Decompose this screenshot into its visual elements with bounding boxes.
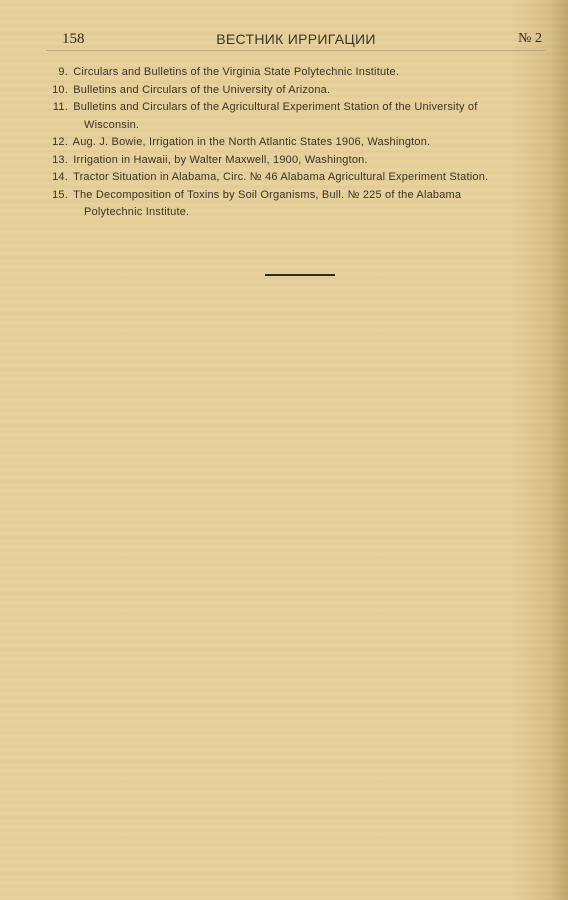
reference-item: 14. Tractor Situation in Alabama, Circ. … [46, 169, 548, 187]
reference-number: 11. [46, 99, 68, 117]
reference-number: 15. [46, 187, 68, 205]
journal-title: ВЕСТНИК ИРРИГАЦИИ [46, 31, 546, 47]
reference-item: 10. Bulletins and Circulars of the Unive… [46, 82, 548, 100]
reference-item: 11. Bulletins and Circulars of the Agric… [46, 99, 548, 134]
reference-item: 9. Circulars and Bulletins of the Virgin… [46, 64, 548, 82]
issue-number: № 2 [518, 31, 542, 47]
reference-item: 15. The Decomposition of Toxins by Soil … [46, 187, 548, 222]
reference-text: The Decomposition of Toxins by Soil Orga… [73, 189, 461, 201]
reference-text: Irrigation in Hawaii, by Walter Maxwell,… [73, 154, 367, 166]
reference-text: Circulars and Bulletins of the Virginia … [73, 66, 399, 78]
reference-text: Bulletins and Circulars of the Agricultu… [73, 101, 477, 113]
reference-text: Bulletins and Circulars of the Universit… [73, 84, 330, 96]
reference-text: Tractor Situation in Alabama, Circ. № 46… [73, 171, 488, 183]
reference-continuation: Polytechnic Institute. [46, 204, 548, 222]
reference-number: 14. [46, 169, 68, 187]
reference-number: 9. [46, 64, 68, 82]
running-header: 158 ВЕСТНИК ИРРИГАЦИИ № 2 [46, 28, 546, 51]
reference-item: 12. Aug. J. Bowie, Irrigation in the Nor… [46, 134, 548, 152]
reference-item: 13. Irrigation in Hawaii, by Walter Maxw… [46, 152, 548, 170]
reference-continuation: Wisconsin. [46, 117, 548, 135]
reference-number: 12. [46, 134, 68, 152]
document-page: 158 ВЕСТНИК ИРРИГАЦИИ № 2 9. Circulars a… [0, 0, 568, 900]
reference-number: 10. [46, 82, 68, 100]
reference-list: 9. Circulars and Bulletins of the Virgin… [46, 64, 548, 222]
section-end-rule [265, 274, 335, 276]
reference-text: Aug. J. Bowie, Irrigation in the North A… [73, 136, 431, 148]
reference-number: 13. [46, 152, 68, 170]
